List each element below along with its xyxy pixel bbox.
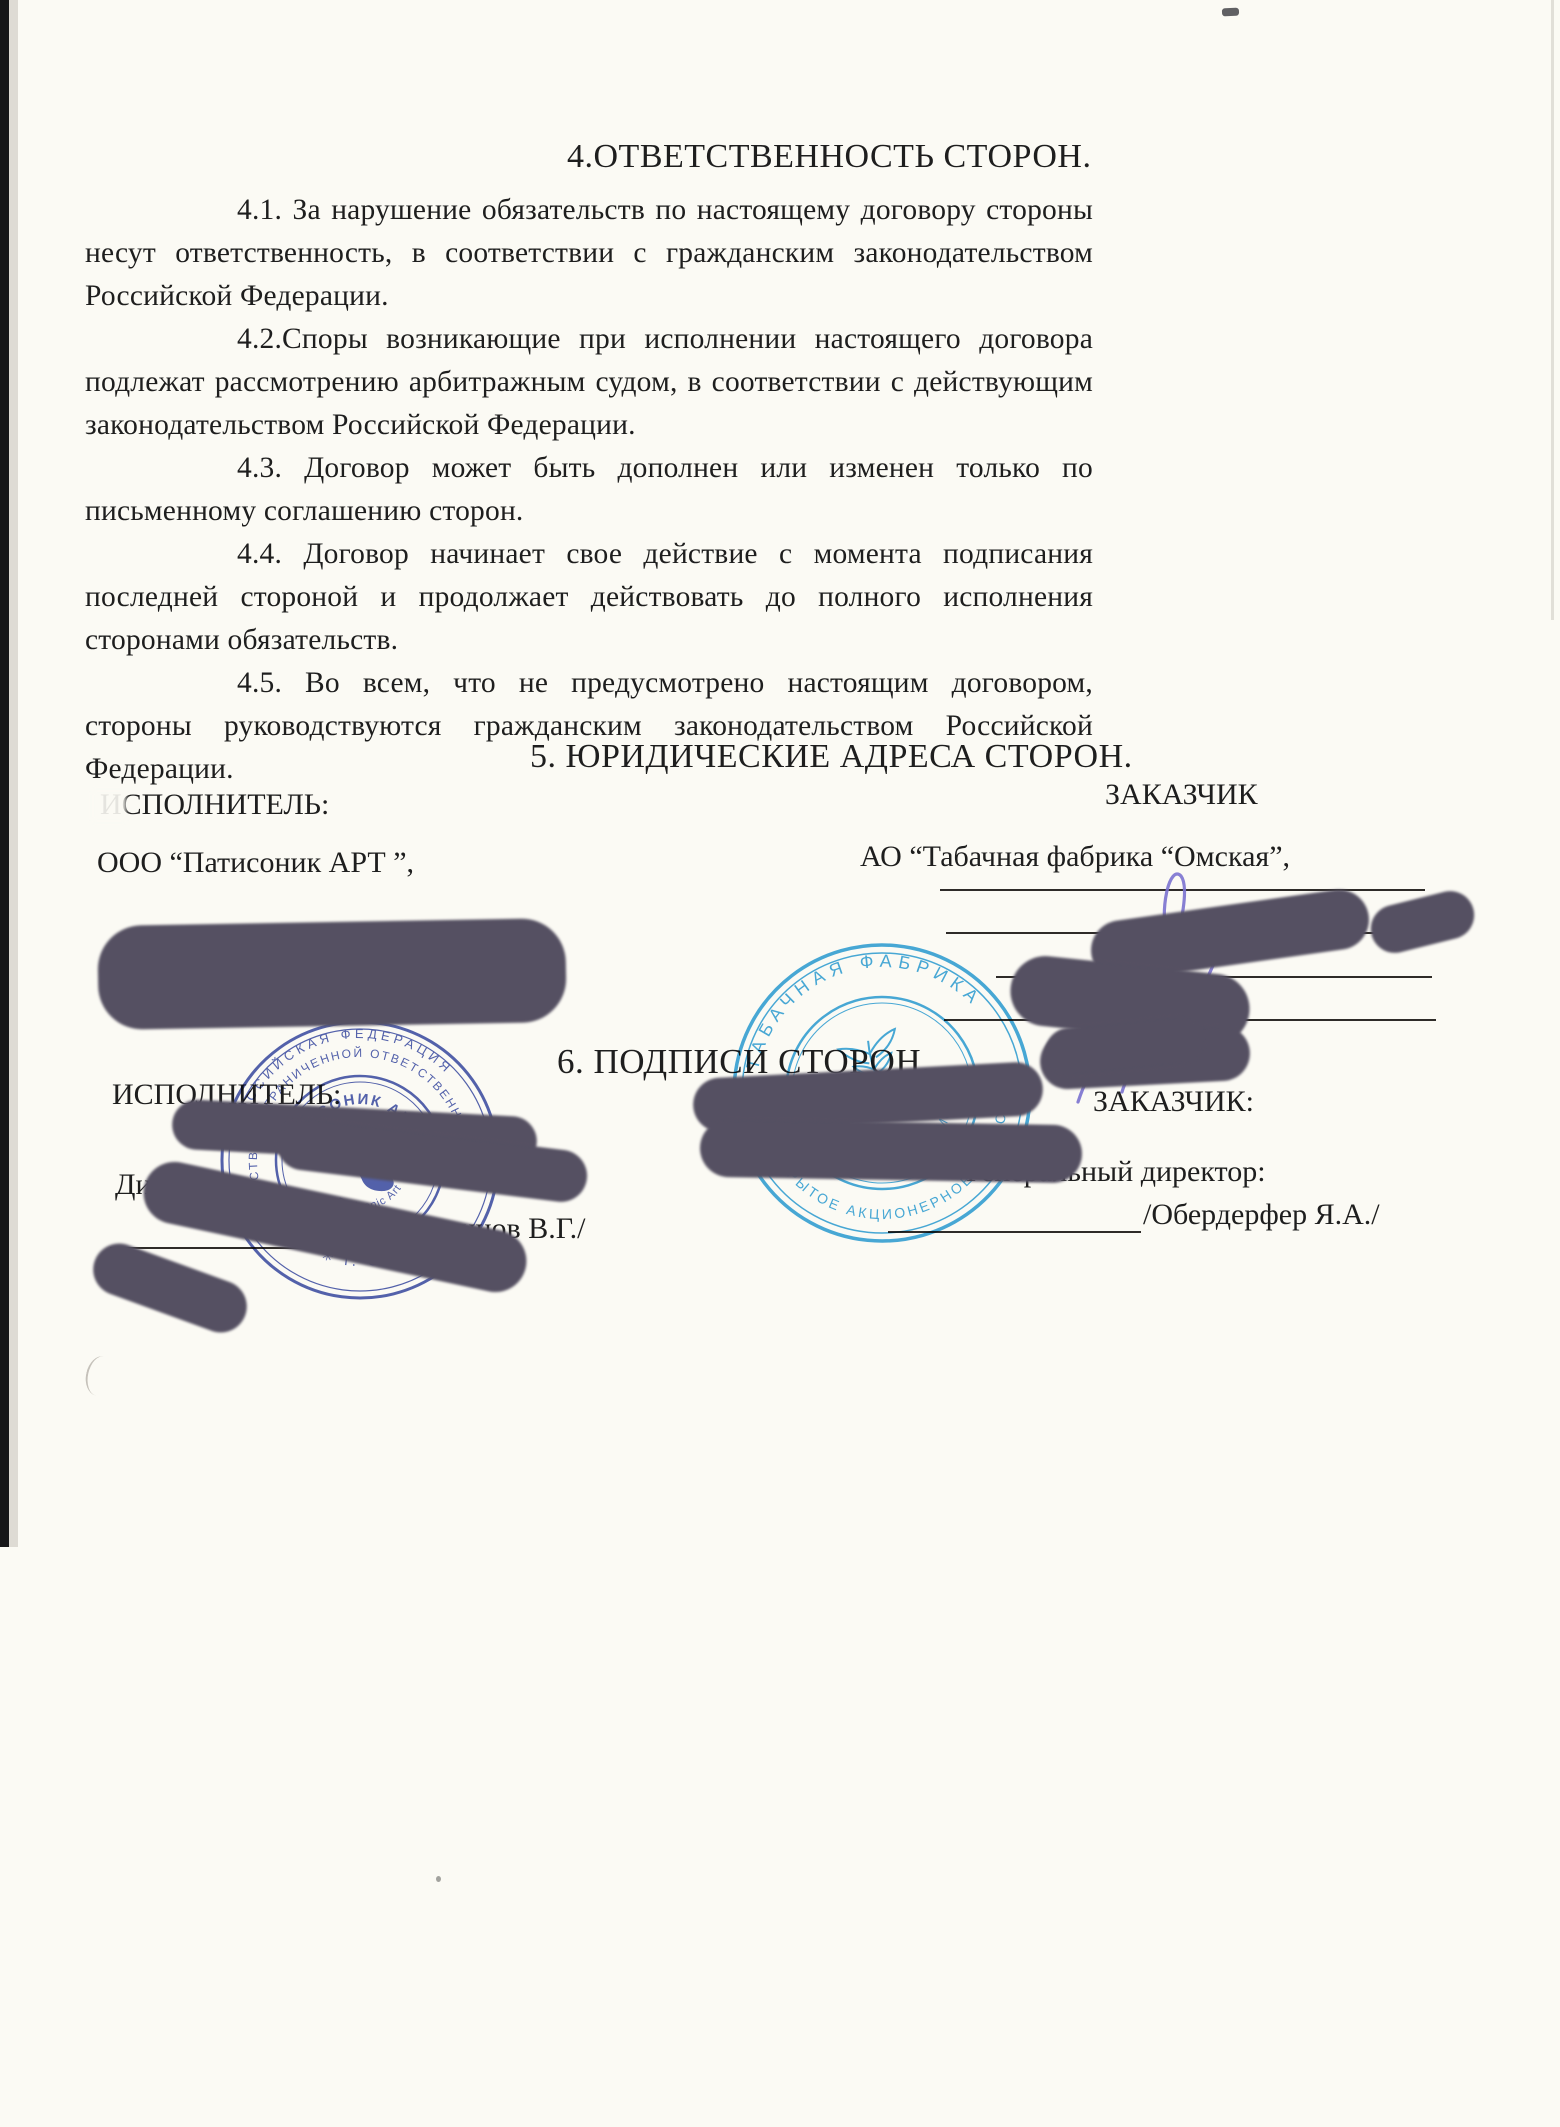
scan-edge-shadow xyxy=(9,0,18,1547)
customer-company: АО “Табачная фабрика “Омская”, xyxy=(860,840,1290,874)
whiteout-artifact xyxy=(92,790,126,822)
scan-right-edge-line xyxy=(1551,0,1554,620)
section4-heading: 4.ОТВЕТСТВЕННОСТЬ СТОРОН. xyxy=(85,138,1093,176)
customer-label-addresses: ЗАКАЗЧИК xyxy=(1105,778,1258,812)
scanned-contract-page: 4.ОТВЕТСТВЕННОСТЬ СТОРОН. 4.1. За наруше… xyxy=(0,0,1560,2127)
clause-4-2: 4.2.Споры возникающие при исполнении нас… xyxy=(85,318,1093,447)
executor-company: ООО “Патисоник АРТ ”, xyxy=(97,846,414,880)
stray-dot-artifact xyxy=(436,1876,441,1882)
clause-4-1: 4.1. За нарушение обязательств по настоя… xyxy=(85,189,1093,318)
redaction-blob xyxy=(1366,886,1479,958)
executor-label-addresses: ИСПОЛНИТЕЛЬ: xyxy=(100,788,329,822)
clause-4-4: 4.4. Договор начинает свое действие с мо… xyxy=(85,533,1093,662)
svg-text:ТАБАЧНАЯ ФАБРИКА: ТАБАЧНАЯ ФАБРИКА xyxy=(721,921,990,1076)
scan-edge-strip xyxy=(0,0,9,1547)
pencil-arc-artifact xyxy=(82,1354,118,1399)
redaction-blob xyxy=(700,1119,1083,1184)
scan-corner-mark xyxy=(1222,8,1239,17)
section5-heading: 5. ЮРИДИЧЕСКИЕ АДРЕСА СТОРОН. xyxy=(530,738,1133,776)
customer-signatory: /Обердерфер Я.А./ xyxy=(1143,1198,1380,1232)
redaction-blob xyxy=(97,918,567,1030)
customer-label-signatures: ЗАКАЗЧИК: xyxy=(1093,1085,1254,1119)
address-blank-line xyxy=(940,889,1425,891)
clause-4-3: 4.3. Договор может быть дополнен или изм… xyxy=(85,447,1093,533)
customer-stamp-factory-ring: ТАБАЧНАЯ ФАБРИКА xyxy=(721,921,990,1076)
section-responsibility: 4.ОТВЕТСТВЕННОСТЬ СТОРОН. 4.1. За наруше… xyxy=(85,0,1093,791)
